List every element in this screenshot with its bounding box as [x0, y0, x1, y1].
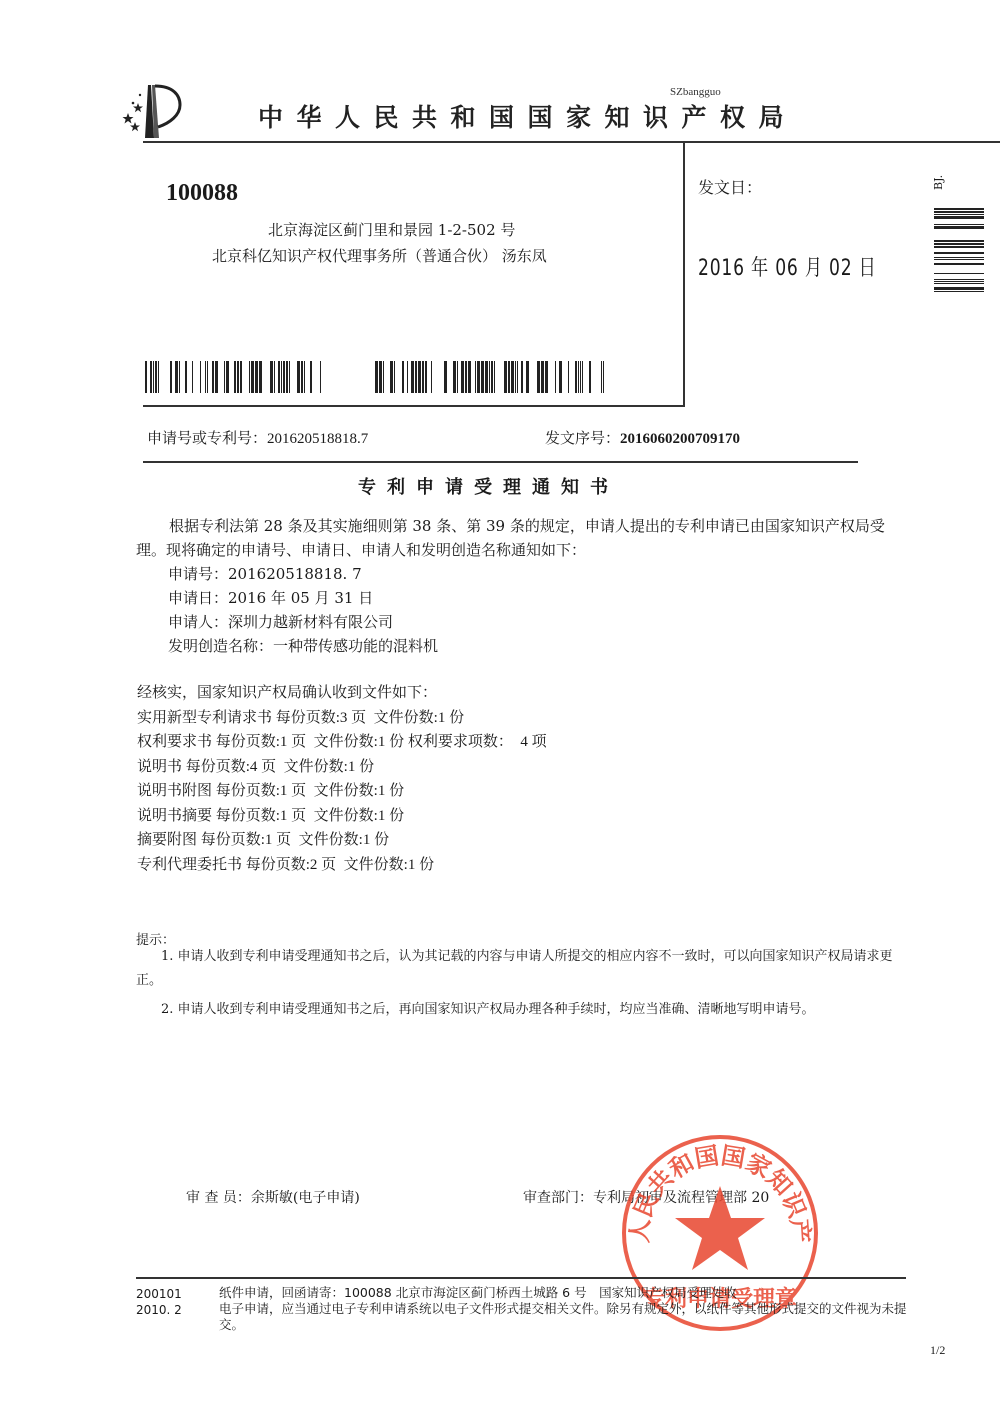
notice-title: 专利申请受理通知书 — [358, 473, 619, 499]
document-row: 说明书摘要 每份页数:1 页 文件份数:1 份 — [137, 804, 547, 829]
application-number-value: 201620518818.7 — [267, 431, 368, 447]
footer-line-paper: 纸件申请，回函请寄：100088 北京市海淀区蓟门桥西土城路 6 号 国家知识产… — [219, 1285, 909, 1301]
serial-number-line: 发文序号：2016060200709170 — [545, 427, 740, 448]
document-row: 说明书附图 每份页数:1 页 文件份数:1 份 — [137, 779, 547, 804]
field-applicant: 申请人：深圳力越新材料有限公司 — [168, 611, 393, 632]
header-divider — [143, 141, 1000, 143]
document-row: 说明书 每份页数:4 页 文件份数:1 份 — [137, 755, 547, 780]
field-value: 2016 年 05 月 31 日 — [228, 589, 373, 607]
id-divider — [143, 461, 858, 463]
field-label: 发明创造名称： — [168, 637, 273, 655]
dispatch-date-label: 发文日： — [698, 175, 762, 198]
form-version: 2010. 2 — [136, 1303, 182, 1317]
received-documents: 经核实，国家知识产权局确认收到文件如下： 实用新型专利请求书 每份页数:3 页 … — [137, 681, 547, 877]
field-value: 一种带传感功能的混料机 — [273, 637, 438, 655]
tip-item: 2. 申请人收到专利申请受理通知书之后，再向国家知识产权局办理各种手续时，均应当… — [161, 998, 815, 1022]
field-label: 申请人： — [168, 613, 228, 631]
form-code: 200101 — [136, 1287, 182, 1301]
side-code: BJ. — [932, 175, 945, 190]
page-number: 1/2 — [930, 1343, 945, 1358]
serial-number-label: 发文序号： — [545, 429, 620, 447]
tip-item: 1. 申请人收到专利申请受理通知书之后，认为其记载的内容与申请人所提交的相应内容… — [136, 945, 906, 993]
barcode-icon — [145, 361, 335, 393]
examiner: 审 查 员：余斯敏(电子申请) — [186, 1187, 360, 1207]
side-barcode-icon — [934, 208, 984, 292]
document-row: 权利要求书 每份页数:1 页 文件份数:1 份 权利要求项数： 4 项 — [137, 730, 547, 755]
cnipa-logo-icon — [118, 83, 188, 141]
application-number-line: 申请号或专利号：201620518818.7 — [147, 427, 368, 448]
received-heading: 经核实，国家知识产权局确认收到文件如下： — [137, 681, 547, 706]
barcode-icon — [375, 361, 605, 393]
footer-divider — [136, 1277, 906, 1279]
recipient-agency: 北京科亿知识产权代理事务所（普通合伙） 汤东凤 — [212, 245, 547, 266]
field-application-date: 申请日：2016 年 05 月 31 日 — [168, 587, 373, 608]
footer-line-electronic: 电子申请，应当通过电子专利申请系统以电子文件形式提交相关文件。除另有规定外，以纸… — [219, 1301, 909, 1333]
office-name-heading: 中华人民共和国国家知识产权局 — [258, 98, 797, 134]
recipient-postcode: 100088 — [166, 180, 238, 207]
field-value: 深圳力越新材料有限公司 — [228, 613, 393, 631]
field-label: 申请日： — [168, 589, 228, 607]
watermark-text: SZbangguo — [670, 86, 721, 98]
field-label: 申请号： — [168, 565, 228, 583]
dispatch-box-border — [683, 141, 685, 406]
document-list: 实用新型专利请求书 每份页数:3 页 文件份数:1 份权利要求书 每份页数:1 … — [137, 706, 547, 878]
application-number-label: 申请号或专利号： — [147, 429, 267, 447]
document-row: 专利代理委托书 每份页数:2 页 文件份数:1 份 — [137, 853, 547, 878]
serial-number-value: 2016060200709170 — [620, 431, 740, 447]
field-value: 201620518818. 7 — [228, 565, 362, 583]
notice-intro: 根据专利法第 28 条及其实施细则第 38 条、第 39 条的规定，申请人提出的… — [136, 514, 906, 562]
barcode-divider — [143, 405, 685, 407]
recipient-address: 北京海淀区蓟门里和景园 1-2-502 号 — [268, 219, 515, 240]
document-row: 摘要附图 每份页数:1 页 文件份数:1 份 — [137, 828, 547, 853]
field-invention-title: 发明创造名称：一种带传感功能的混料机 — [168, 635, 438, 656]
footer-instructions: 纸件申请，回函请寄：100088 北京市海淀区蓟门桥西土城路 6 号 国家知识产… — [219, 1285, 909, 1333]
document-row: 实用新型专利请求书 每份页数:3 页 文件份数:1 份 — [137, 706, 547, 731]
dispatch-date: 2016 年 06 月 02 日 — [698, 251, 877, 282]
field-application-number: 申请号：201620518818. 7 — [168, 563, 362, 584]
